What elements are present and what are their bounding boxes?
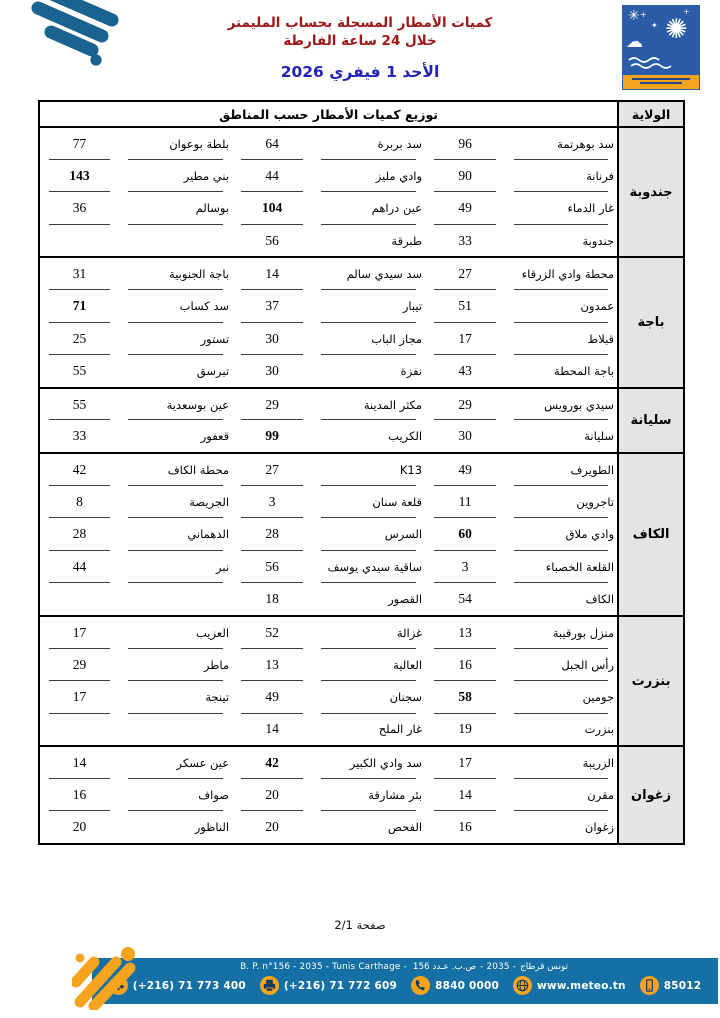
rainfall-table: الولاية توزيع كميات الأمطار حسب المناطق … — [38, 100, 685, 845]
station-name-cell: بلطة بوعوان — [119, 127, 232, 160]
rainfall-value-cell: 27 — [232, 453, 312, 486]
governorate-cell: جندوبة — [618, 127, 684, 257]
table-row: قبلاط17مجاز الباب30تستور25 — [39, 323, 684, 356]
rainfall-value-cell: 13 — [232, 649, 312, 682]
station-name-cell: الزريبة — [505, 746, 618, 779]
station-name-cell: قلعة سنان — [312, 486, 425, 519]
rainfall-value-cell: 29 — [39, 649, 119, 682]
table-row: الكاف54القصور18 — [39, 583, 684, 616]
station-name-cell: عين عسكر — [119, 746, 232, 779]
station-name-cell: تينجة — [119, 681, 232, 714]
station-name-cell: تيبار — [312, 290, 425, 323]
snowflake-icon: ✳ — [628, 9, 640, 23]
table-row: وادي ملاق60السرس28الدهماني28 — [39, 518, 684, 551]
report-date: الأحد 1 فيفري 2026 — [0, 63, 720, 81]
station-name-cell: تبرسق — [119, 355, 232, 388]
station-name-cell: سد وادي الكبير — [312, 746, 425, 779]
rainfall-value-cell: 17 — [425, 746, 505, 779]
station-name-cell: وادي مليز — [312, 160, 425, 193]
footer-contact-text: www.meteo.tn — [537, 980, 626, 992]
governorate-column-header: الولاية — [618, 101, 684, 127]
table-row: بنزرتمنزل بورقيبة13غزالة52العزيب17 — [39, 616, 684, 649]
rainfall-value-cell: 104 — [232, 192, 312, 225]
table-row: زغوان16الفحص20الناظور20 — [39, 811, 684, 844]
footer-address-ar-token: ص.ب. عـدد 156 — [413, 962, 476, 972]
cloud-icon: ☁ — [626, 34, 643, 51]
table-row: جندوبة33طبرقة56 — [39, 225, 684, 258]
governorate-cell: زغوان — [618, 746, 684, 844]
table-row: باجة المحطة43نفزة30تبرسق55 — [39, 355, 684, 388]
plus-star-icon: + — [640, 11, 647, 19]
station-name-cell: القلعة الخصباء — [505, 551, 618, 584]
station-name-cell: الفحص — [312, 811, 425, 844]
station-name-cell: رأس الجبل — [505, 649, 618, 682]
table-row: سليانة30الكريب99قعفور33 — [39, 420, 684, 453]
rainfall-value-cell — [39, 225, 119, 258]
station-name-cell: باجة الجنوبية — [119, 257, 232, 290]
station-name-cell: الطويرف — [505, 453, 618, 486]
station-name-cell: سجنان — [312, 681, 425, 714]
footer-address-ar-token: - 2035 - — [480, 962, 516, 972]
rainfall-value-cell: 55 — [39, 355, 119, 388]
plus-star-icon: + — [683, 8, 690, 16]
station-name-cell: سد بربرة — [312, 127, 425, 160]
rainfall-value-cell: 56 — [232, 225, 312, 258]
rainfall-value-cell: 44 — [232, 160, 312, 193]
footer-contact-text: 8840 0000 — [435, 980, 499, 992]
station-name-cell: سد بوهرتمة — [505, 127, 618, 160]
rainfall-value-cell: 28 — [232, 518, 312, 551]
station-name-cell: نفزة — [312, 355, 425, 388]
station-name-cell: بنزرت — [505, 714, 618, 747]
rainfall-value-cell: 20 — [39, 811, 119, 844]
rainfall-value-cell: 42 — [39, 453, 119, 486]
station-name-cell: مجاز الباب — [312, 323, 425, 356]
footer-contact-row: (+216) 71 773 400(+216) 71 772 6098840 0… — [92, 976, 718, 995]
station-name-cell: عين دراهم — [312, 192, 425, 225]
table-row: سليانةسيدي بورويس29مكثر المدينة29عين بوس… — [39, 388, 684, 421]
station-name-cell: K13 — [312, 453, 425, 486]
footer-contact-text: 85012 — [664, 980, 702, 992]
station-name-cell: غار الدماء — [505, 192, 618, 225]
table-row: عمدون51تيبار37سد كساب71 — [39, 290, 684, 323]
governorate-cell: سليانة — [618, 388, 684, 453]
rainfall-value-cell: 14 — [425, 779, 505, 812]
station-name-cell: فرنانة — [505, 160, 618, 193]
station-name-cell: زغوان — [505, 811, 618, 844]
footer-address-en: B. P. n°156 - 2035 - Tunis Carthage - — [240, 962, 407, 972]
rainfall-value-cell: 14 — [232, 257, 312, 290]
rainfall-value-cell: 77 — [39, 127, 119, 160]
rainfall-value-cell: 49 — [425, 453, 505, 486]
table-row: بنزرت19غار الملح14 — [39, 714, 684, 747]
waves-icon — [628, 56, 674, 72]
station-name-cell: الدهماني — [119, 518, 232, 551]
rainfall-value-cell: 60 — [425, 518, 505, 551]
station-name-cell: ماطر — [119, 649, 232, 682]
rainfall-value-cell: 49 — [425, 192, 505, 225]
rainfall-value-cell: 49 — [232, 681, 312, 714]
table-row: غار الدماء49عين دراهم104بوسالم36 — [39, 192, 684, 225]
station-name-cell: العزيب — [119, 616, 232, 649]
emblem-caption-band — [623, 75, 699, 89]
rainfall-value-cell: 33 — [425, 225, 505, 258]
footer-contact-bar: B. P. n°156 - 2035 - Tunis Carthage -ص.ب… — [92, 958, 718, 1004]
station-name-cell: باجة المحطة — [505, 355, 618, 388]
station-name-cell: مقرن — [505, 779, 618, 812]
rainfall-value-cell: 44 — [39, 551, 119, 584]
station-name-cell: غار الملح — [312, 714, 425, 747]
fax-icon — [260, 976, 279, 995]
rainfall-value-cell: 90 — [425, 160, 505, 193]
station-name-cell: الجريصة — [119, 486, 232, 519]
rainfall-value-cell: 30 — [232, 323, 312, 356]
rainfall-value-cell: 37 — [232, 290, 312, 323]
station-name-cell: محطة وادي الزرقاء — [505, 257, 618, 290]
rainfall-value-cell: 43 — [425, 355, 505, 388]
station-name-cell: سليانة — [505, 420, 618, 453]
governorate-cell: بنزرت — [618, 616, 684, 746]
rainfall-value-cell: 29 — [425, 388, 505, 421]
footer-address-ar-token: تونس قرطاج — [520, 962, 568, 972]
station-name-cell: بني مطير — [119, 160, 232, 193]
rainfall-value-cell: 96 — [425, 127, 505, 160]
station-name-cell: السرس — [312, 518, 425, 551]
rainfall-value-cell: 58 — [425, 681, 505, 714]
table-row: باجةمحطة وادي الزرقاء27سد سيدي سالم14باج… — [39, 257, 684, 290]
rainfall-value-cell: 25 — [39, 323, 119, 356]
rainfall-value-cell: 16 — [425, 649, 505, 682]
station-name-cell: عين بوسعدية — [119, 388, 232, 421]
footer-contact-item: 8840 0000 — [411, 976, 499, 995]
station-name-cell: بوسالم — [119, 192, 232, 225]
station-name-cell — [119, 714, 232, 747]
rainfall-value-cell: 27 — [425, 257, 505, 290]
report-title-line2: خلال 24 ساعة الفارطة — [0, 32, 720, 50]
table-row: جندوبةسد بوهرتمة96سد بربرة64بلطة بوعوان7… — [39, 127, 684, 160]
rainfall-value-cell: 16 — [39, 779, 119, 812]
star-icon: ✦ — [651, 22, 658, 30]
station-name-cell: محطة الكاف — [119, 453, 232, 486]
rainfall-value-cell: 17 — [39, 681, 119, 714]
report-header: كميات الأمطار المسجلة بحساب المليمتر خلا… — [0, 14, 720, 81]
rainfall-value-cell: 29 — [232, 388, 312, 421]
rainfall-value-cell: 13 — [425, 616, 505, 649]
rainfall-value-cell: 71 — [39, 290, 119, 323]
station-name-cell: جندوبة — [505, 225, 618, 258]
station-name-cell: طبرقة — [312, 225, 425, 258]
footer-contact-item: www.meteo.tn — [513, 976, 626, 995]
footer-contact-item: 85012 — [640, 976, 702, 995]
rainfall-value-cell: 30 — [232, 355, 312, 388]
rainfall-value-cell: 51 — [425, 290, 505, 323]
rainfall-value-cell: 54 — [425, 583, 505, 616]
station-name-cell — [119, 225, 232, 258]
table-row: الكافالطويرف49K1327محطة الكاف42 — [39, 453, 684, 486]
call-center-icon — [411, 976, 430, 995]
rainfall-value-cell — [39, 714, 119, 747]
footer-contact-text: (+216) 71 772 609 — [284, 980, 397, 992]
rainfall-value-cell: 11 — [425, 486, 505, 519]
station-name-cell: قبلاط — [505, 323, 618, 356]
table-header-row: الولاية توزيع كميات الأمطار حسب المناطق — [39, 101, 684, 127]
rainfall-value-cell: 18 — [232, 583, 312, 616]
footer-address: B. P. n°156 - 2035 - Tunis Carthage -ص.ب… — [92, 958, 718, 972]
rainfall-value-cell: 17 — [39, 616, 119, 649]
station-name-cell: الكريب — [312, 420, 425, 453]
rainfall-value-cell — [39, 583, 119, 616]
rainfall-value-cell: 28 — [39, 518, 119, 551]
footer-address-ar: ص.ب. عـدد 156- 2035 -تونس قرطاج — [411, 962, 570, 972]
rainfall-value-cell: 20 — [232, 779, 312, 812]
station-name-cell: الكاف — [505, 583, 618, 616]
table-row: رأس الجبل16العالية13ماطر29 — [39, 649, 684, 682]
globe-icon — [513, 976, 532, 995]
footer-contact-text: (+216) 71 773 400 — [133, 980, 246, 992]
footer-contact-item: (+216) 71 772 609 — [260, 976, 397, 995]
table-row: زغوانالزريبة17سد وادي الكبير42عين عسكر14 — [39, 746, 684, 779]
rainfall-value-cell: 16 — [425, 811, 505, 844]
page-number-label: صفحة 2/1 — [0, 918, 720, 932]
station-name-cell: عمدون — [505, 290, 618, 323]
station-name-cell: غزالة — [312, 616, 425, 649]
station-name-cell: تستور — [119, 323, 232, 356]
station-name-cell: وادي ملاق — [505, 518, 618, 551]
station-name-cell: سد سيدي سالم — [312, 257, 425, 290]
table-row: جومين58سجنان49تينجة17 — [39, 681, 684, 714]
rainfall-value-cell: 14 — [232, 714, 312, 747]
mobile-icon — [640, 976, 659, 995]
station-name-cell: ساقية سيدي يوسف — [312, 551, 425, 584]
footer-stripes-logo — [72, 944, 146, 1010]
document-page: { "header": { "title_line1": "كميات الأم… — [0, 0, 720, 1018]
sunburst-icon: ✺ — [665, 16, 688, 43]
rainfall-value-cell: 8 — [39, 486, 119, 519]
station-name-cell: تاجروين — [505, 486, 618, 519]
rainfall-value-cell: 64 — [232, 127, 312, 160]
rainfall-value-cell: 3 — [425, 551, 505, 584]
rainfall-value-cell: 56 — [232, 551, 312, 584]
station-name-cell: العالية — [312, 649, 425, 682]
table-row: تاجروين11قلعة سنان3الجريصة8 — [39, 486, 684, 519]
rainfall-value-cell: 33 — [39, 420, 119, 453]
rainfall-value-cell: 36 — [39, 192, 119, 225]
rainfall-value-cell: 19 — [425, 714, 505, 747]
station-name-cell: الناظور — [119, 811, 232, 844]
rainfall-value-cell: 20 — [232, 811, 312, 844]
table-row: فرنانة90وادي مليز44بني مطير143 — [39, 160, 684, 193]
table-main-header: توزيع كميات الأمطار حسب المناطق — [39, 101, 618, 127]
rainfall-value-cell: 30 — [425, 420, 505, 453]
rainfall-value-cell: 31 — [39, 257, 119, 290]
inm-emblem-logo: ✳ ✦ ✺ + + ☁ — [622, 5, 700, 90]
station-name-cell: سيدي بورويس — [505, 388, 618, 421]
rainfall-value-cell: 17 — [425, 323, 505, 356]
station-name-cell: جومين — [505, 681, 618, 714]
rainfall-value-cell: 99 — [232, 420, 312, 453]
station-name-cell: القصور — [312, 583, 425, 616]
rainfall-value-cell: 55 — [39, 388, 119, 421]
rainfall-value-cell: 52 — [232, 616, 312, 649]
governorate-cell: الكاف — [618, 453, 684, 616]
station-name-cell: بئر مشارقة — [312, 779, 425, 812]
station-name-cell — [119, 583, 232, 616]
rainfall-value-cell: 3 — [232, 486, 312, 519]
station-name-cell: صواف — [119, 779, 232, 812]
station-name-cell: نبر — [119, 551, 232, 584]
table-row: القلعة الخصباء3ساقية سيدي يوسف56نبر44 — [39, 551, 684, 584]
station-name-cell: منزل بورقيبة — [505, 616, 618, 649]
rainfall-value-cell: 42 — [232, 746, 312, 779]
report-title-line1: كميات الأمطار المسجلة بحساب المليمتر — [0, 14, 720, 32]
rainfall-value-cell: 143 — [39, 160, 119, 193]
table-row: مقرن14بئر مشارقة20صواف16 — [39, 779, 684, 812]
station-name-cell: سد كساب — [119, 290, 232, 323]
rainfall-value-cell: 14 — [39, 746, 119, 779]
station-name-cell: قعفور — [119, 420, 232, 453]
station-name-cell: مكثر المدينة — [312, 388, 425, 421]
governorate-cell: باجة — [618, 257, 684, 387]
